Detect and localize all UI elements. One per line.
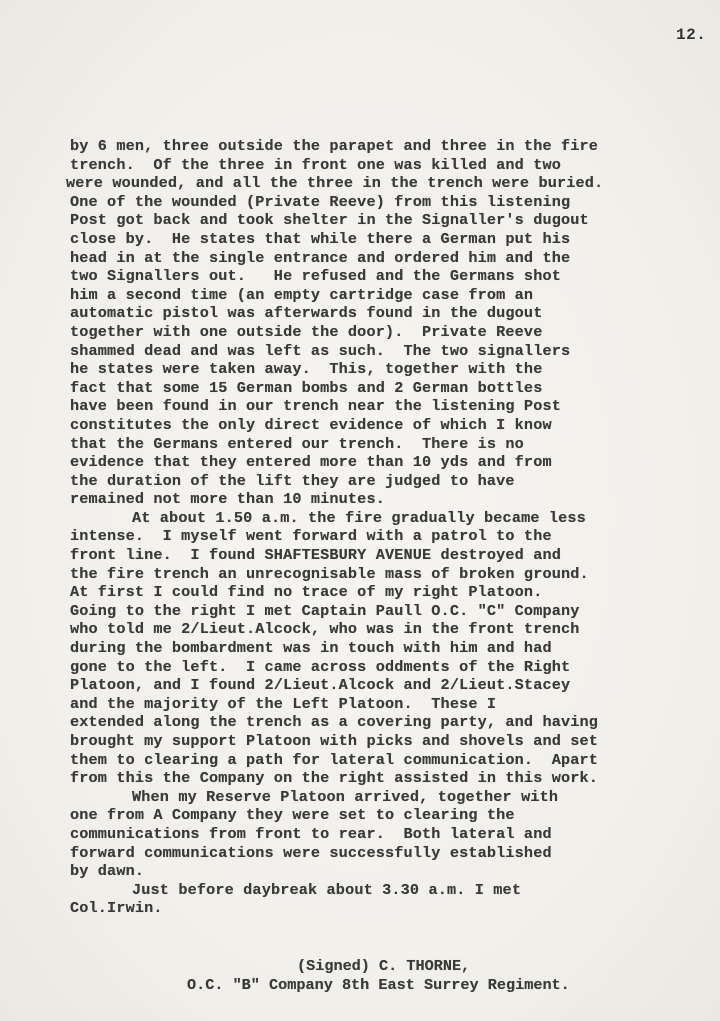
text-line: trench. Of the three in front one was ki… <box>70 156 710 175</box>
text-line: evidence that they entered more than 10 … <box>70 453 710 472</box>
text-line: extended along the trench as a covering … <box>70 713 710 732</box>
text-line: One of the wounded (Private Reeve) from … <box>70 193 710 212</box>
text-line: by dawn. <box>70 862 710 881</box>
signature-block: (Signed) C. THORNE, O.C. "B" Company 8th… <box>0 957 720 995</box>
signatory-title: O.C. "B" Company 8th East Surrey Regimen… <box>0 976 720 995</box>
signed-name: (Signed) C. THORNE, <box>0 957 720 976</box>
page-number: 12. <box>676 26 706 44</box>
text-line: one from A Company they were set to clea… <box>70 806 710 825</box>
text-line: Col.Irwin. <box>70 899 710 918</box>
text-line: brought my support Platoon with picks an… <box>70 732 710 751</box>
text-line: the fire trench an unrecognisable mass o… <box>70 565 710 584</box>
text-line: were wounded, and all the three in the t… <box>66 174 710 193</box>
document-page: 12. by 6 men, three outside the parapet … <box>0 0 720 1021</box>
text-line: constitutes the only direct evidence of … <box>70 416 710 435</box>
text-line: them to clearing a path for lateral comm… <box>70 751 710 770</box>
text-line: Platoon, and I found 2/Lieut.Alcock and … <box>70 676 710 695</box>
text-line: gone to the left. I came across oddments… <box>70 658 710 677</box>
text-line: intense. I myself went forward with a pa… <box>70 527 710 546</box>
text-line: the duration of the lift they are judged… <box>70 472 710 491</box>
paragraph-start-line: When my Reserve Platoon arrived, togethe… <box>70 788 710 807</box>
text-line: automatic pistol was afterwards found in… <box>70 304 710 323</box>
text-line: At first I could find no trace of my rig… <box>70 583 710 602</box>
text-line: during the bombardment was in touch with… <box>70 639 710 658</box>
text-line: together with one outside the door). Pri… <box>70 323 710 342</box>
text-line: close by. He states that while there a G… <box>70 230 710 249</box>
paragraph-start-line: At about 1.50 a.m. the fire gradually be… <box>70 509 710 528</box>
text-line: he states were taken away. This, togethe… <box>70 360 710 379</box>
text-line: have been found in our trench near the l… <box>70 397 710 416</box>
text-line: two Signallers out. He refused and the G… <box>70 267 710 286</box>
text-line: forward communications were successfully… <box>70 844 710 863</box>
text-line: from this the Company on the right assis… <box>70 769 710 788</box>
text-line: that the Germans entered our trench. The… <box>70 435 710 454</box>
text-line: fact that some 15 German bombs and 2 Ger… <box>70 379 710 398</box>
report-body: by 6 men, three outside the parapet and … <box>70 137 710 918</box>
text-line: him a second time (an empty cartridge ca… <box>70 286 710 305</box>
text-line: and the majority of the Left Platoon. Th… <box>70 695 710 714</box>
text-line: head in at the single entrance and order… <box>70 249 710 268</box>
text-line: remained not more than 10 minutes. <box>70 490 710 509</box>
text-line: front line. I found SHAFTESBURY AVENUE d… <box>70 546 710 565</box>
text-line: Post got back and took shelter in the Si… <box>70 211 710 230</box>
paragraph-start-line: Just before daybreak about 3.30 a.m. I m… <box>70 881 710 900</box>
text-line: who told me 2/Lieut.Alcock, who was in t… <box>70 620 710 639</box>
text-line: Going to the right I met Captain Paull O… <box>70 602 710 621</box>
text-line: by 6 men, three outside the parapet and … <box>70 137 710 156</box>
text-line: shammed dead and was left as such. The t… <box>70 342 710 361</box>
text-line: communications from front to rear. Both … <box>70 825 710 844</box>
